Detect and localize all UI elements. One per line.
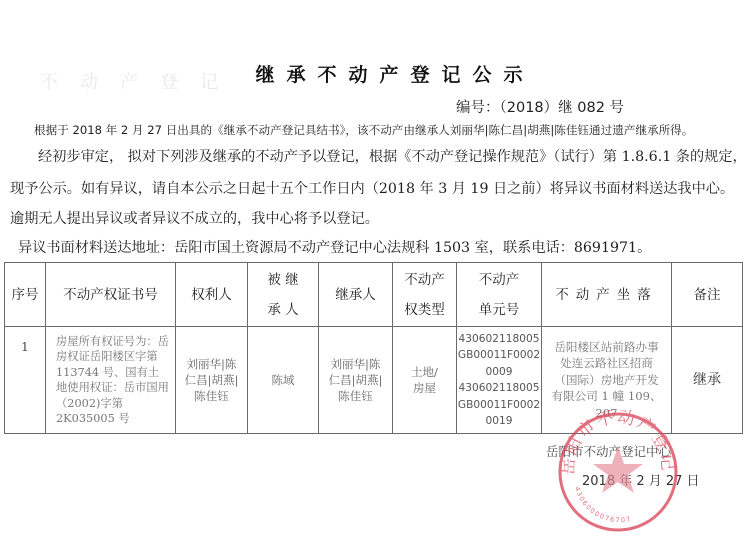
cell-right-type: 土地/房屋 [393, 327, 457, 434]
paragraph-address: 异议书面材料送达地址：岳阳市国土资源局不动产登记中心法规科 1503 室，联系电… [18, 237, 651, 257]
header-unit-no-line2: 单元号 [457, 295, 541, 325]
cell-seq: 1 [5, 327, 46, 434]
cell-decedent: 陈域 [248, 327, 319, 434]
issue-date: 2018 年 2 月 27 日 [582, 470, 700, 489]
table-row: 1 房屋所有权证号为：岳房权证岳阳楼区字第 113744 号、国有土地使用权证：… [5, 327, 743, 434]
svg-text:4306000076707: 4306000076707 [573, 486, 633, 525]
paragraph-review: 经初步审定， 拟对下列涉及继承的不动产予以登记，根据《不动产登记操作规范》（试行… [38, 146, 747, 166]
document-number: 编号：（2018）继 082 号 [456, 96, 624, 117]
issuing-organization: 岳阳市不动产登记中心 [546, 442, 671, 460]
header-cert-no: 不动产权证书号 [46, 263, 176, 327]
cell-heir: 刘丽华|陈仁昌|胡燕|陈佳钰 [319, 327, 393, 434]
header-decedent-line2: 承 人 [248, 295, 318, 325]
unit-no-line: 430602118005 [457, 331, 541, 348]
unit-no-line: 430602118005 [457, 380, 541, 397]
header-right-holder: 权利人 [176, 263, 248, 327]
paragraph-objection-period: 现予公示。如有异议，请自本公示之日起十五个工作日内（2018 年 3 月 19 … [10, 178, 734, 198]
cell-location: 岳阳楼区站前路办事处连云路社区招商（国际）房地产开发有限公司 1 幢 109、2… [542, 327, 672, 434]
unit-no-line: 0009 [457, 364, 541, 381]
header-unit-no-line1: 不动产 [457, 265, 541, 295]
seal-code: 4306000076707 [573, 486, 633, 525]
cell-cert-no: 房屋所有权证号为：岳房权证岳阳楼区字第 113744 号、国有土地使用权证：岳市… [46, 327, 176, 434]
header-heir: 继承人 [319, 263, 393, 327]
cell-note: 继承 [672, 327, 743, 434]
header-right-type-line2: 权类型 [393, 295, 456, 325]
intro-line: 根据于 2018 年 2 月 27 日出具的《继承不动产登记具结书》，该不动产由… [34, 122, 693, 138]
header-decedent-line1: 被 继 [248, 265, 318, 295]
header-unit-no: 不动产 单元号 [457, 263, 542, 327]
unit-no-line: GB00011F0002 [457, 347, 541, 364]
cell-right-holder: 刘丽华|陈仁昌|胡燕|陈佳钰 [176, 327, 248, 434]
unit-no-line: 0019 [457, 413, 541, 430]
registration-table: 序号 不动产权证书号 权利人 被 继 承 人 继承人 不动产 权类型 不动产 单… [4, 262, 743, 434]
header-right-type: 不动产 权类型 [393, 263, 457, 327]
header-location: 不动产坐落 [542, 263, 672, 327]
paragraph-registration: 逾期无人提出异议或者异议不成立的，我中心将予以登记。 [10, 208, 379, 228]
header-right-type-line1: 不动产 [393, 265, 456, 295]
cell-unit-no: 430602118005 GB00011F0002 0009 430602118… [457, 327, 542, 434]
header-seq: 序号 [5, 263, 46, 327]
header-note: 备注 [672, 263, 743, 327]
header-decedent: 被 继 承 人 [248, 263, 319, 327]
document-title: 继承不动产登记公示 [0, 60, 750, 87]
table-header-row: 序号 不动产权证书号 权利人 被 继 承 人 继承人 不动产 权类型 不动产 单… [5, 263, 743, 327]
unit-no-line: GB00011F0002 [457, 397, 541, 414]
